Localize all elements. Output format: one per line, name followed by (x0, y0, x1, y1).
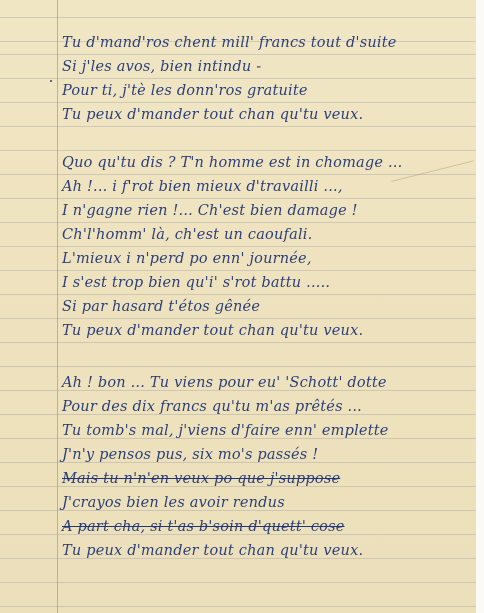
verse-line: Tu d'mand'ros chent mill' francs tout d'… (62, 35, 397, 51)
verse-line: I s'est trop bien qu'i' s'rot battu ....… (62, 275, 330, 291)
verse-line: Ah !... i f'rot bien mieux d'travailli .… (62, 179, 343, 195)
rule-line (0, 582, 476, 583)
rule-line (0, 366, 476, 367)
ink-dot (50, 80, 52, 82)
rule-line (0, 17, 476, 18)
struck-verse-line: Mais tu n'n'en veux po que j'suppose (62, 471, 340, 487)
verse-line: Tu tomb's mal, j'viens d'faire enn' empl… (62, 423, 389, 439)
rule-line (0, 78, 476, 79)
verse-line: Quo qu'tu dis ? T'n homme est in chomage… (62, 155, 402, 171)
verse-line: Pour des dix francs qu'tu m'as prêtés ..… (62, 399, 362, 415)
struck-verse-line: A part cha, si t'as b'soin d'quett' cose (62, 519, 345, 535)
margin-line (57, 0, 58, 613)
rule-line (0, 318, 476, 319)
page-edge (476, 0, 484, 613)
verse-line: Ah ! bon ... Tu viens pour eu' 'Schott' … (62, 375, 387, 391)
verse-line: I n'gagne rien !... Ch'est bien damage ! (62, 203, 358, 219)
rule-line (0, 126, 476, 127)
verse-line: J'crayos bien les avoir rendus (62, 495, 285, 511)
rule-line (0, 102, 476, 103)
rule-line (0, 270, 476, 271)
rule-line (0, 342, 476, 343)
verse-line: L'mieux i n'perd po enn' journée, (62, 251, 312, 267)
rule-line (0, 222, 476, 223)
verse-line: Si j'les avos, bien intindu - (62, 59, 261, 75)
verse-line: Ch'l'homm' là, ch'est un caoufali. (62, 227, 312, 243)
rule-line (0, 606, 476, 607)
verse-line: Tu peux d'mander tout chan qu'tu veux. (62, 323, 363, 339)
verse-line: Tu peux d'mander tout chan qu'tu veux. (62, 107, 363, 123)
rule-line (0, 294, 476, 295)
verse-line: Si par hasard t'étos gênée (62, 299, 260, 315)
manuscript-page: Tu d'mand'ros chent mill' francs tout d'… (0, 0, 476, 613)
rule-line (0, 174, 476, 175)
verse-line: J'n'y pensos pus, six mo's passés ! (62, 447, 318, 463)
rule-line (0, 54, 476, 55)
verse-line: Pour ti, j'tè les donn'ros gratuite (62, 83, 308, 99)
rule-line (0, 150, 476, 151)
rule-line (0, 246, 476, 247)
verse-line: Tu peux d'mander tout chan qu'tu veux. (62, 543, 363, 559)
paper-tear (391, 160, 476, 220)
